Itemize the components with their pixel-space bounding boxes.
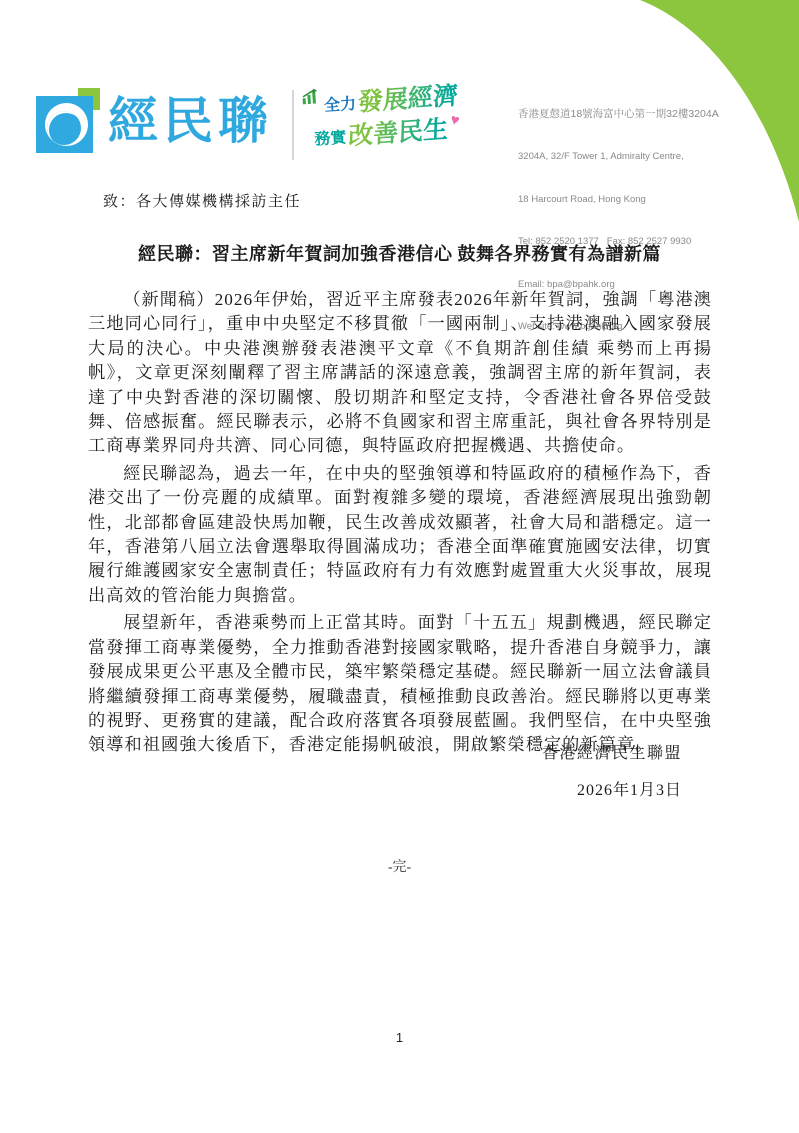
address-line-cn: 香港夏慤道18號海富中心第一期32樓3204A [518,107,719,121]
chart-up-icon [301,88,322,104]
header-divider [292,90,294,160]
end-mark: -完- [0,856,799,876]
slogan-small-1: 全力 [324,96,357,119]
logo-wordmark: 經民聯 [108,89,273,153]
address-line-en-1: 3204A, 32/F Tower 1, Admiralty Centre, [518,150,719,164]
letter-body: （新聞稿）2026年伊始，習近平主席發表2026年新年賀詞，強調「粵港澳三地同心… [88,288,712,761]
paragraph-1: （新聞稿）2026年伊始，習近平主席發表2026年新年賀詞，強調「粵港澳三地同心… [88,288,712,459]
slogan-big-2: 改善民生 [348,116,449,150]
recipient-line: 致：各大傳媒機構採訪主任 [103,190,301,211]
slogan-big-1: 發展經濟 [358,83,459,117]
signature-organization: 香港經濟民生聯盟 [0,740,682,763]
address-line-en-2: 18 Harcourt Road, Hong Kong [518,193,719,207]
logo-crescent [47,111,81,145]
slogan-small-2: 務實 [314,129,347,152]
press-release-page: 經民聯 全力 發展經濟 務實 改善民生 ♥ 香港夏慤道18號海富中心第一期32樓… [0,0,799,1133]
page-number: 1 [0,1030,799,1045]
bpa-logo: 經民聯 [36,88,273,154]
signature-block: 香港經濟民生聯盟 2026年1月3日 [0,740,799,800]
slogan-artwork: 全力 發展經濟 務實 改善民生 ♥ [301,79,461,154]
heart-icon: ♥ [449,111,462,130]
press-release-title: 經民聯：習主席新年賀詞加強香港信心 鼓舞各界務實有為譜新篇 [0,240,799,266]
paragraph-2: 經民聯認為，過去一年，在中央的堅強領導和特區政府的積極作為下，香港交出了一份亮麗… [88,462,712,608]
bpa-logo-icon [36,88,100,154]
paragraph-3: 展望新年，香港乘勢而上正當其時。面對「十五五」規劃機遇，經民聯定當發揮工商專業優… [88,611,712,757]
signature-date: 2026年1月3日 [0,777,682,800]
